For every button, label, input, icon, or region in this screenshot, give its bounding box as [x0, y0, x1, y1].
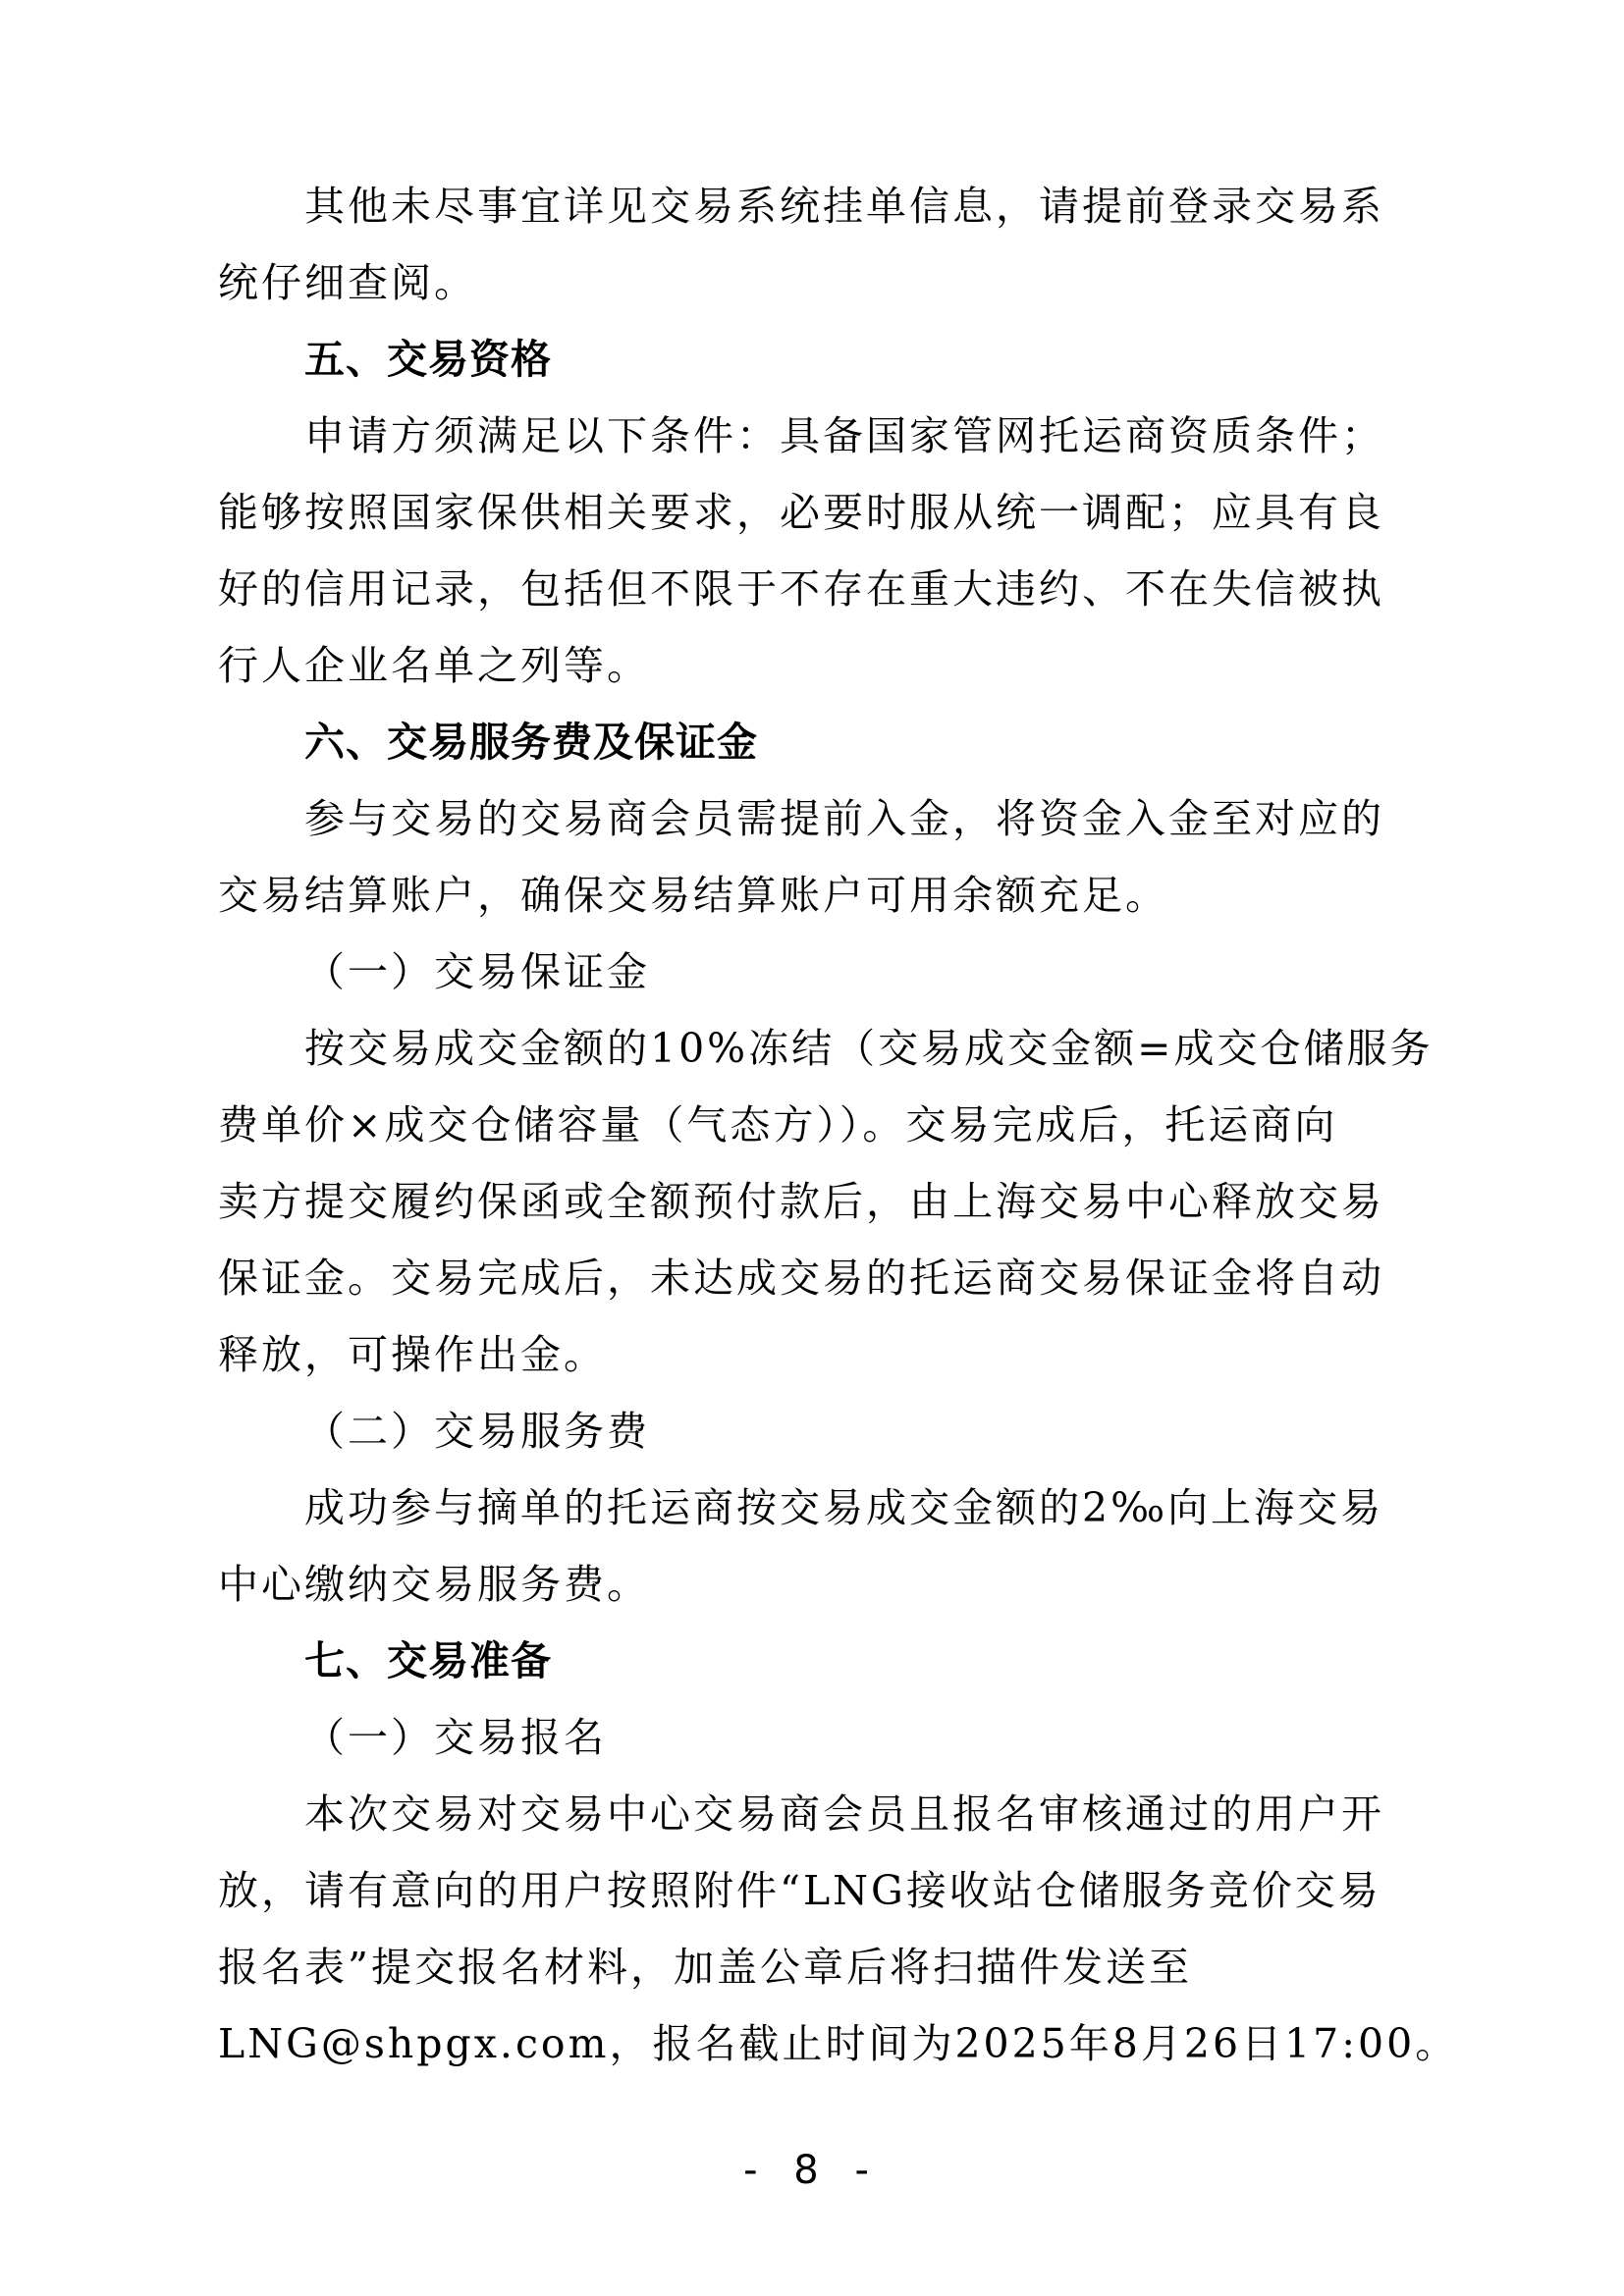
- paragraph-line: 本次交易对交易中心交易商会员且报名审核通过的用户开: [304, 1785, 1384, 1843]
- paragraph-line: 按交易成交金额的10%冻结（交易成交金额=成交仓储服务: [304, 1019, 1433, 1078]
- subsection-heading: （二）交易服务费: [304, 1402, 650, 1461]
- paragraph-line: 释放，可操作出金。: [218, 1325, 607, 1384]
- paragraph-line: 申请方须满足以下条件：具备国家管网托运商资质条件；: [304, 406, 1384, 465]
- paragraph-line: LNG@shpgx.com，报名截止时间为2025年8月26日17:00。: [218, 2014, 1458, 2073]
- paragraph-line: 交易结算账户，确保交易结算账户可用余额充足。: [218, 866, 1168, 925]
- section-heading-6: 六、交易服务费及保证金: [304, 713, 758, 772]
- paragraph-line: 能够按照国家保供相关要求，必要时服从统一调配；应具有良: [218, 483, 1384, 542]
- paragraph-line: 放，请有意向的用户按照附件“LNG接收站仓储服务竞价交易: [218, 1861, 1381, 1920]
- paragraph-line: 统仔细查阅。: [218, 253, 477, 312]
- subsection-heading: （一）交易报名: [304, 1708, 607, 1767]
- paragraph-line: 报名表”提交报名材料，加盖公章后将扫描件发送至: [218, 1938, 1192, 1997]
- paragraph-line: 费单价×成交仓储容量（气态方））。交易完成后，托运商向: [218, 1095, 1337, 1154]
- paragraph-line: 成功参与摘单的托运商按交易成交金额的2‰向上海交易: [304, 1478, 1383, 1537]
- paragraph-line: 好的信用记录，包括但不限于不存在重大违约、不在失信被执: [218, 560, 1384, 618]
- subsection-heading: （一）交易保证金: [304, 942, 650, 1001]
- paragraph-line: 行人企业名单之列等。: [218, 636, 650, 695]
- paragraph-line: 参与交易的交易商会员需提前入金，将资金入金至对应的: [304, 789, 1384, 848]
- paragraph-line: 保证金。交易完成后，未达成交易的托运商交易保证金将自动: [218, 1249, 1384, 1308]
- paragraph-line: 其他未尽事宜详见交易系统挂单信息，请提前登录交易系: [304, 177, 1384, 236]
- section-heading-7: 七、交易准备: [304, 1631, 552, 1690]
- paragraph-line: 卖方提交履约保函或全额预付款后，由上海交易中心释放交易: [218, 1172, 1384, 1231]
- page-number: - 8 -: [0, 2148, 1624, 2193]
- section-heading-5: 五、交易资格: [304, 330, 552, 389]
- paragraph-line: 中心缴纳交易服务费。: [218, 1555, 650, 1614]
